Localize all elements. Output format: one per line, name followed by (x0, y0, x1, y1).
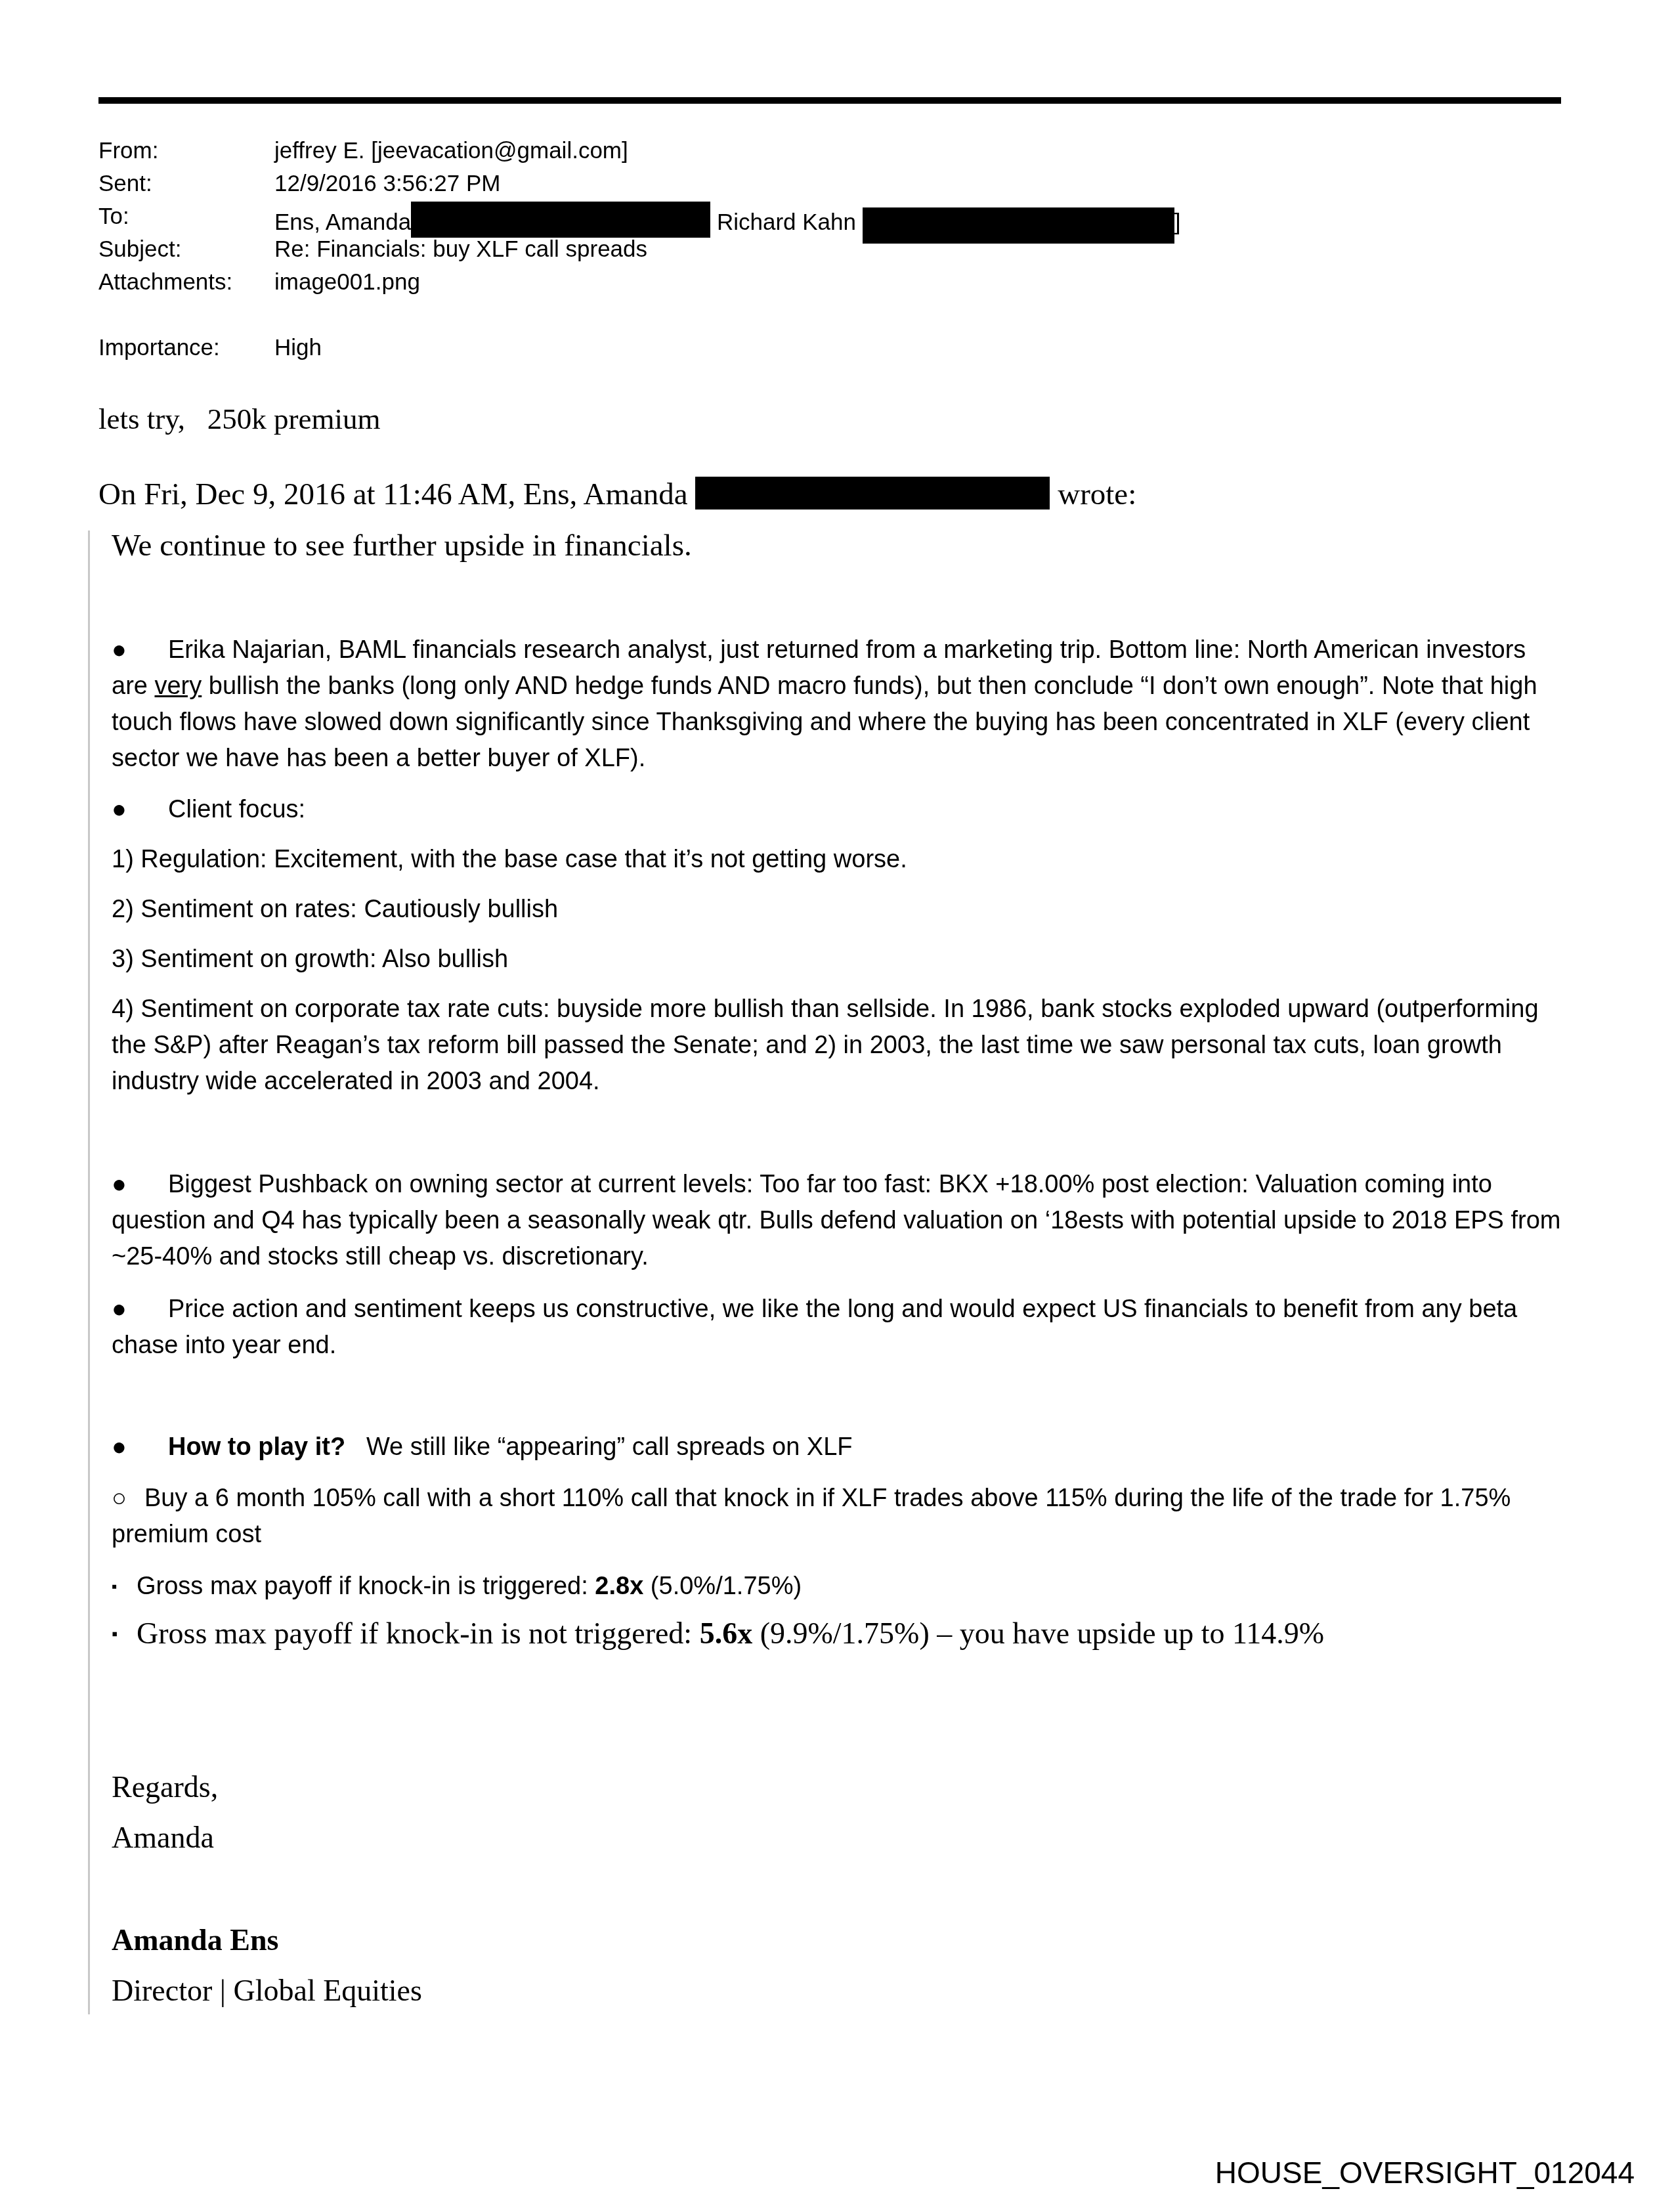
payoff-text: Gross max payoff if knock-in is not trig… (137, 1616, 700, 1650)
subject-value: Re: Financials: buy XLF call spreads (274, 236, 647, 263)
signature-first-name: Amanda (112, 1820, 214, 1855)
bullet-text: bullish the banks (long only AND hedge f… (112, 672, 1537, 772)
square-bullet-icon: ▪ (112, 1616, 137, 1652)
subject-label: Subject: (98, 236, 181, 263)
bates-number: HOUSE_OVERSIGHT_012044 (1215, 2155, 1635, 2190)
bullet-text: Buy a 6 month 105% call with a short 110… (112, 1485, 1511, 1548)
client-focus-item: 1) Regulation: Excitement, with the base… (112, 842, 1562, 878)
to-recipient-2: Richard Kahn (717, 209, 856, 235)
payoff-text: (9.9%/1.75%) – you have upside up to 114… (752, 1616, 1324, 1650)
sent-value: 12/9/2016 3:56:27 PM (274, 171, 500, 197)
payoff-text: Gross max payoff if knock-in is triggere… (137, 1572, 595, 1600)
bullet-text: We still like “appearing” call spreads o… (345, 1433, 852, 1461)
client-focus-item: 3) Sentiment on growth: Also bullish (112, 942, 1562, 978)
from-value: jeffrey E. [jeevacation@gmail.com] (274, 138, 628, 164)
payoff-triggered: ▪Gross max payoff if knock-in is trigger… (112, 1569, 1562, 1605)
payoff-not-triggered: ▪Gross max payoff if knock-in is not tri… (112, 1615, 1562, 1652)
bullet-icon: ● (112, 792, 168, 828)
sent-label: Sent: (98, 171, 152, 197)
signature-title: Director | Global Equities (112, 1973, 422, 2008)
client-focus-item: 4) Sentiment on corporate tax rate cuts:… (112, 991, 1562, 1100)
importance-value: High (274, 335, 322, 361)
redaction-block (863, 207, 1174, 244)
payoff-text: (5.0%/1.75%) (643, 1572, 802, 1600)
attachment-link[interactable]: image001.png (274, 269, 420, 295)
quote-bar (88, 531, 90, 2014)
bullet-icon: ● (112, 1429, 168, 1465)
hollow-bullet-icon: ○ (112, 1481, 144, 1517)
bullet-icon: ● (112, 632, 168, 668)
redaction-block (411, 202, 710, 238)
signature-full-name: Amanda Ens (112, 1922, 278, 1957)
bullet-how-to-play: ●How to play it? We still like “appearin… (112, 1429, 1562, 1465)
bullet-text: Price action and sentiment keeps us cons… (112, 1295, 1517, 1359)
bullet-icon: ● (112, 1291, 168, 1328)
to-recipient-1: Ens, Amanda (274, 209, 411, 235)
bullet-text: Biggest Pushback on owning sector at cur… (112, 1171, 1561, 1270)
how-to-play-heading: How to play it? (168, 1433, 345, 1461)
bullet-icon: ● (112, 1167, 168, 1203)
attachments-label: Attachments: (98, 269, 232, 295)
reply-text: lets try, 250k premium (98, 402, 381, 436)
signature-closing: Regards, (112, 1769, 218, 1804)
client-focus-item: 2) Sentiment on rates: Cautiously bullis… (112, 892, 1562, 928)
sub-bullet-trade: ○Buy a 6 month 105% call with a short 11… (112, 1481, 1562, 1553)
redaction-block (695, 477, 1050, 510)
bullet-erika: ●Erika Najarian, BAML financials researc… (112, 632, 1562, 777)
header-divider (98, 97, 1561, 104)
quoted-header: On Fri, Dec 9, 2016 at 11:46 AM, Ens, Am… (98, 477, 1136, 512)
from-label: From: (98, 138, 158, 164)
bullet-text: Client focus: (168, 796, 305, 823)
quoted-header-suffix: wrote: (1058, 477, 1136, 511)
quoted-intro: We continue to see further upside in fin… (112, 528, 692, 563)
importance-label: Importance: (98, 335, 220, 361)
square-bullet-icon: ▪ (112, 1569, 137, 1605)
quoted-header-prefix: On Fri, Dec 9, 2016 at 11:46 AM, Ens, Am… (98, 477, 688, 511)
underlined-very: very (154, 672, 202, 700)
bullet-pushback: ●Biggest Pushback on owning sector at cu… (112, 1167, 1562, 1275)
payoff-multiple: 2.8x (595, 1572, 643, 1600)
to-label: To: (98, 204, 129, 230)
bullet-price-action: ●Price action and sentiment keeps us con… (112, 1291, 1562, 1364)
bullet-client-focus: ●Client focus: (112, 792, 1562, 828)
payoff-multiple: 5.6x (700, 1616, 753, 1650)
to-trailing: ] (1174, 209, 1181, 235)
